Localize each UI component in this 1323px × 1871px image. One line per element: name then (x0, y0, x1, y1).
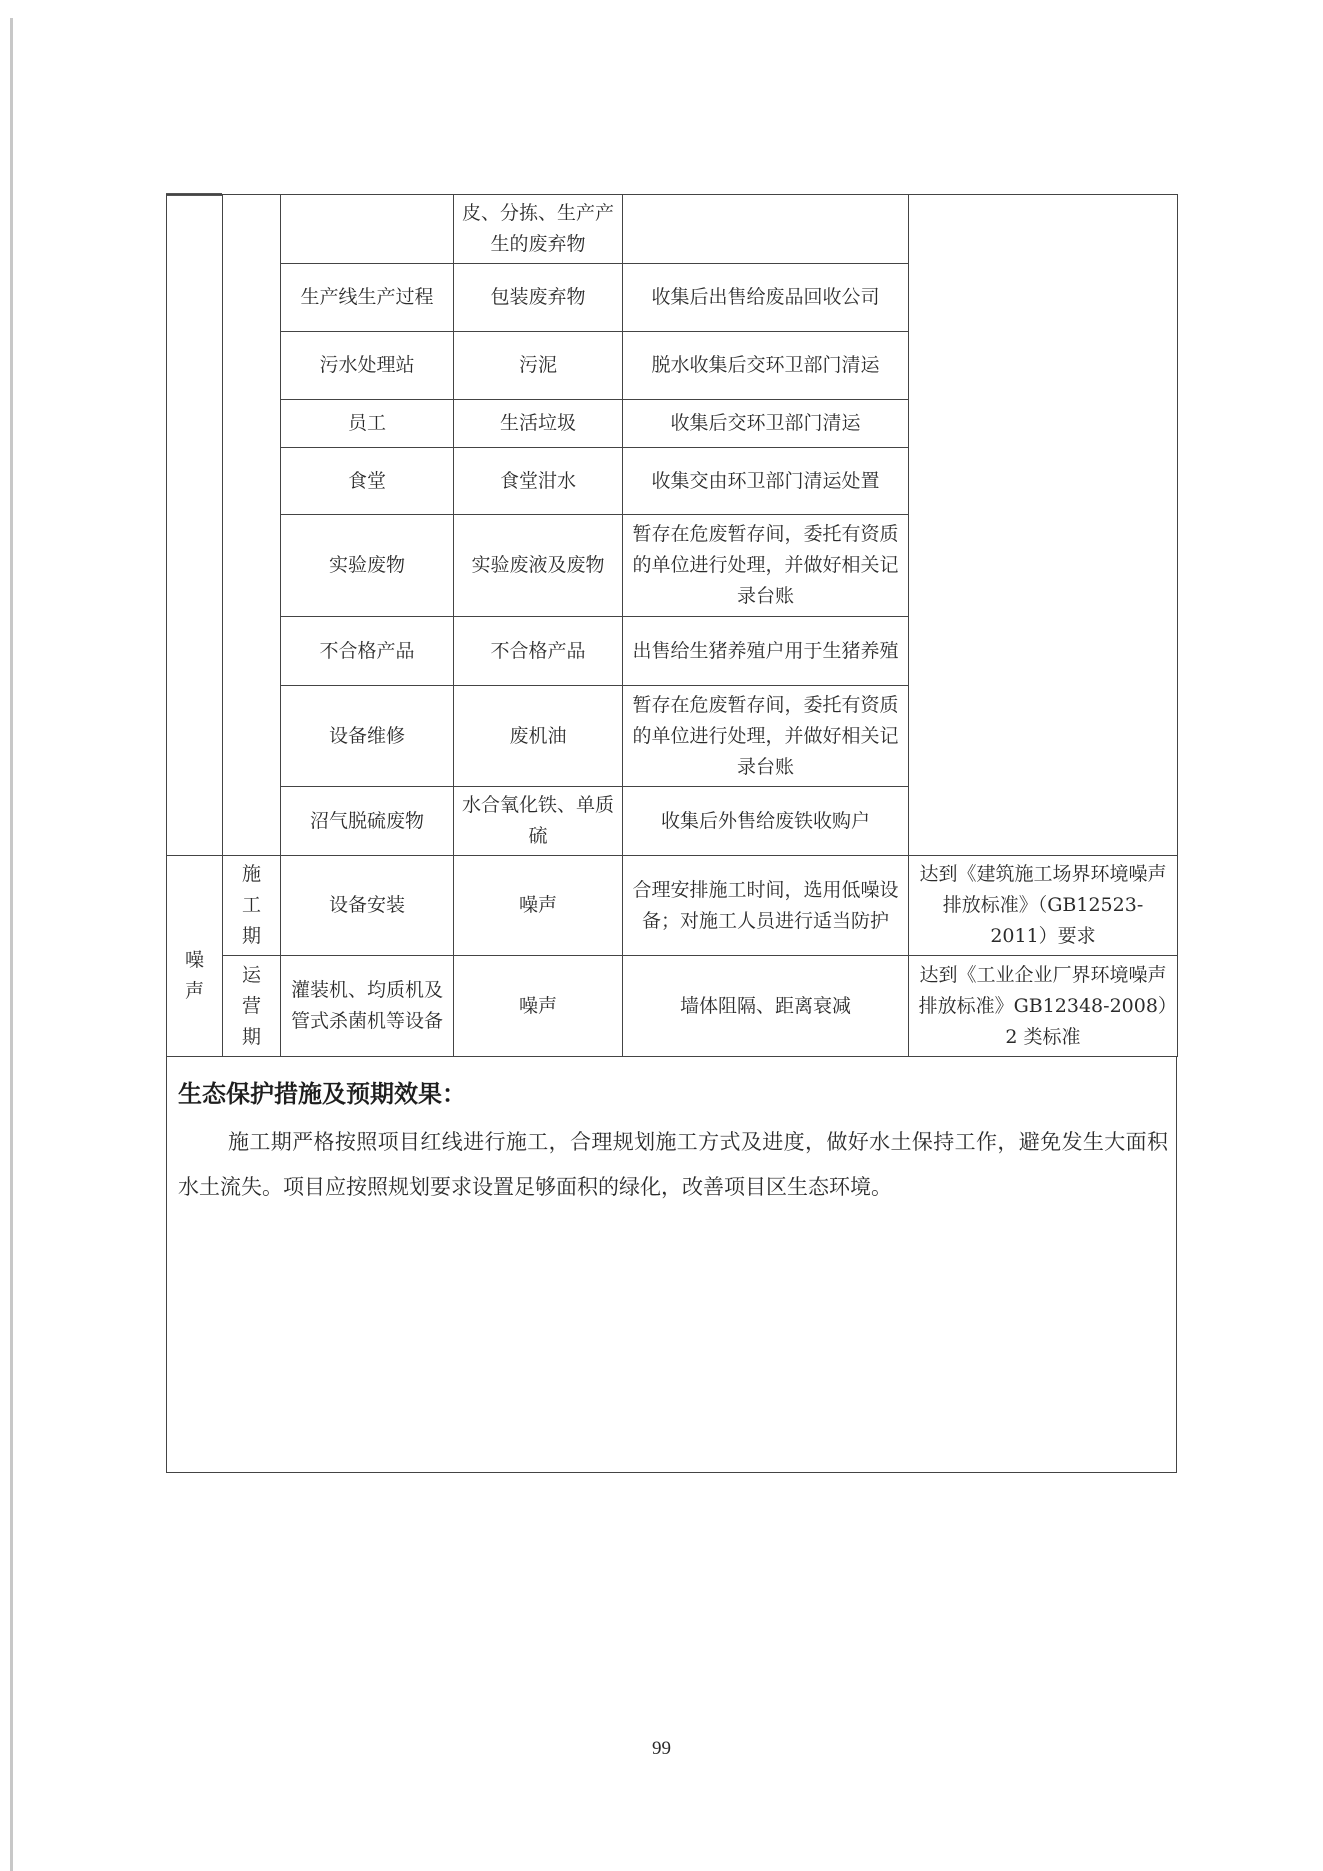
pollutant-cell: 废机油 (454, 686, 623, 787)
pollutant-cell: 皮、分拣、生产产生的废弃物 (454, 195, 623, 264)
source-cell: 不合格产品 (281, 617, 454, 686)
pollutant-cell: 噪声 (454, 956, 623, 1057)
effect-cell (909, 195, 1178, 856)
measure-cell: 暂存在危废暂存间，委托有资质的单位进行处理，并做好相关记录台账 (623, 686, 909, 787)
measure-cell: 墙体阻隔、距离衰减 (623, 956, 909, 1057)
pollutant-cell: 食堂泔水 (454, 448, 623, 515)
pollutant-cell: 污泥 (454, 332, 623, 400)
table-row-noise-construction: 噪 声 施 工 期 设备安装 噪声 合理安排施工时间，选用低噪设备；对施工人员进… (167, 856, 1178, 956)
pollutant-cell: 包装废弃物 (454, 264, 623, 332)
noise-category-cell: 噪 声 (167, 856, 223, 1057)
scan-edge-line (10, 18, 13, 1871)
measure-cell: 出售给生猪养殖户用于生猪养殖 (623, 617, 909, 686)
measure-cell (623, 195, 909, 264)
pollutant-cell: 噪声 (454, 856, 623, 956)
source-cell: 员工 (281, 400, 454, 448)
source-cell: 设备安装 (281, 856, 454, 956)
phase-cell: 施 工 期 (223, 856, 281, 956)
source-cell: 实验废物 (281, 515, 454, 617)
effect-cell: 达到《建筑施工场界环境噪声排放标准》（GB12523-2011）要求 (909, 856, 1178, 956)
pollutant-cell: 生活垃圾 (454, 400, 623, 448)
source-cell: 沼气脱硫废物 (281, 787, 454, 856)
category-cell (167, 195, 223, 856)
source-cell: 食堂 (281, 448, 454, 515)
table-row-noise-operation: 运 营 期 灌装机、均质机及管式杀菌机等设备 噪声 墙体阻隔、距离衰减 达到《工… (167, 956, 1178, 1057)
eco-protection-section: 生态保护措施及预期效果： 施工期严格按照项目红线进行施工，合理规划施工方式及进度… (166, 1056, 1177, 1473)
table-row: 皮、分拣、生产产生的废弃物 (167, 195, 1178, 264)
page-number: 99 (652, 1738, 671, 1760)
measure-cell: 收集后外售给废铁收购户 (623, 787, 909, 856)
phase-cell (223, 195, 281, 856)
source-cell: 生产线生产过程 (281, 264, 454, 332)
measure-cell: 暂存在危废暂存间，委托有资质的单位进行处理，并做好相关记录台账 (623, 515, 909, 617)
pollutant-cell: 实验废液及废物 (454, 515, 623, 617)
section-heading: 生态保护措施及预期效果： (178, 1074, 466, 1109)
measure-cell: 收集交由环卫部门清运处置 (623, 448, 909, 515)
effect-cell: 达到《工业企业厂界环境噪声排放标准》GB12348-2008）2 类标准 (909, 956, 1178, 1057)
pollutant-cell: 不合格产品 (454, 617, 623, 686)
pollution-measures-table: 皮、分拣、生产产生的废弃物 生产线生产过程 包装废弃物 收集后出售给废品回收公司… (166, 194, 1178, 1057)
phase-cell: 运 营 期 (223, 956, 281, 1057)
source-cell (281, 195, 454, 264)
section-paragraph: 施工期严格按照项目红线进行施工，合理规划施工方式及进度，做好水土保持工作，避免发… (178, 1120, 1168, 1210)
pollutant-cell: 水合氧化铁、单质硫 (454, 787, 623, 856)
source-cell: 灌装机、均质机及管式杀菌机等设备 (281, 956, 454, 1057)
source-cell: 设备维修 (281, 686, 454, 787)
measure-cell: 收集后出售给废品回收公司 (623, 264, 909, 332)
source-cell: 污水处理站 (281, 332, 454, 400)
measure-cell: 收集后交环卫部门清运 (623, 400, 909, 448)
measure-cell: 脱水收集后交环卫部门清运 (623, 332, 909, 400)
measure-cell: 合理安排施工时间，选用低噪设备；对施工人员进行适当防护 (623, 856, 909, 956)
